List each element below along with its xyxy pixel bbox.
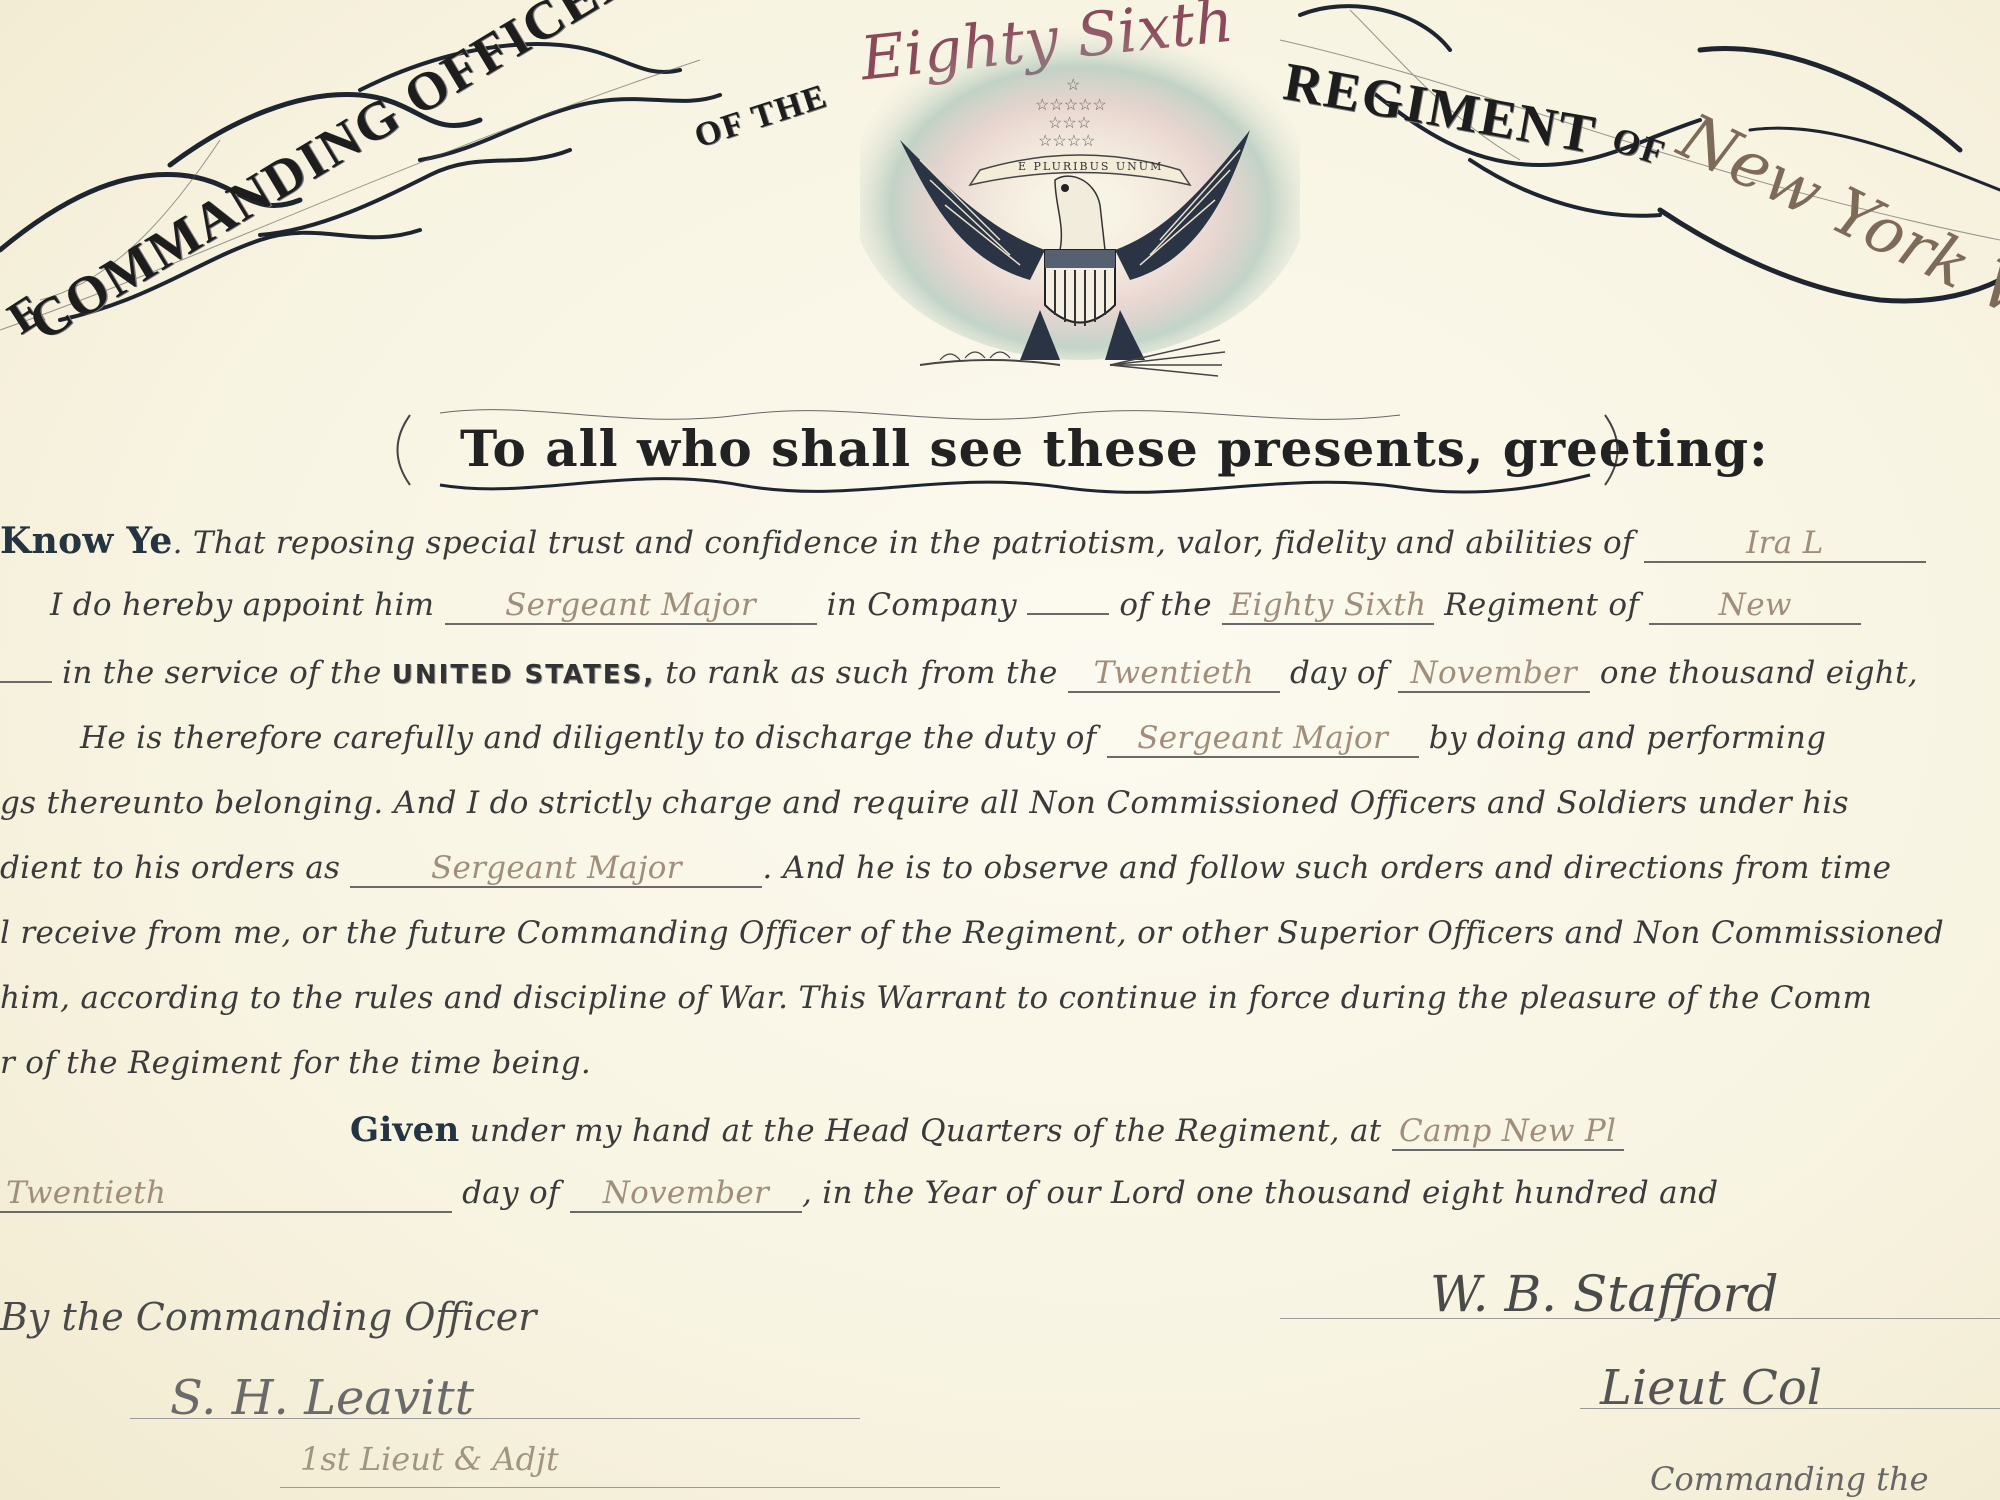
fill-rank-day: Twentieth [1068, 655, 1280, 693]
line2-text-c: of the [1119, 587, 1212, 623]
svg-text:☆☆☆☆☆: ☆☆☆☆☆ [1035, 95, 1107, 114]
adjutant-title-line [280, 1487, 1000, 1488]
body-line-7: l receive from me, or the future Command… [0, 915, 1944, 951]
fill-given-month: November [570, 1175, 802, 1213]
body-line-9: r of the Regiment for the time being. [0, 1045, 591, 1081]
fill-company [1027, 613, 1109, 615]
svg-text:☆: ☆ [1066, 75, 1080, 94]
body-line-4: He is therefore carefully and diligently… [80, 720, 1826, 758]
given-heading: Given [350, 1110, 460, 1150]
given-text-b: day of [462, 1175, 560, 1211]
line3-text-c: day of [1290, 655, 1388, 691]
fill-rank: Sergeant Major [445, 587, 817, 625]
given-date-line: Twentieth day of November, in the Year o… [0, 1175, 1718, 1213]
colonel-signature-line [1280, 1318, 2000, 1319]
given-text-a: under my hand at the Head Quarters of th… [470, 1113, 1382, 1149]
fill-duty-rank: Sergeant Major [1107, 720, 1419, 758]
svg-text:☆☆☆☆: ☆☆☆☆ [1038, 131, 1095, 150]
commanding-the-line: Commanding the [1650, 1460, 1929, 1498]
fill-orders-rank: Sergeant Major [350, 850, 762, 888]
line4-text-a: He is therefore carefully and diligently… [80, 720, 1096, 756]
colonel-title-line [1580, 1408, 2000, 1409]
fill-state: New [1649, 587, 1861, 625]
line2-text-d: Regiment of [1444, 587, 1639, 623]
line3-text-b: to rank as such from the [665, 655, 1057, 691]
body-line-3: in the service of the UNITED STATES, to … [0, 655, 1918, 693]
by-the-commanding-officer: By the Commanding Officer [0, 1295, 536, 1339]
line4-text-b: by doing and performing [1429, 720, 1826, 756]
body-line-5: gs thereunto belonging. And I do strictl… [0, 785, 1849, 821]
fill-regiment-number: Eighty Sixth [1222, 587, 1434, 625]
motto-scroll: E PLURIBUS UNUM [1018, 160, 1163, 173]
line2-text-a: I do hereby appoint him [50, 587, 434, 623]
svg-text:☆☆☆: ☆☆☆ [1048, 113, 1091, 132]
body-line-8: him, according to the rules and discipli… [0, 980, 1872, 1016]
line6-text-a: dient to his orders as [0, 850, 340, 886]
line1-text: . That reposing special trust and confid… [173, 525, 1634, 561]
adjutant-title: 1st Lieut & Adjt [300, 1440, 559, 1478]
united-states-label: UNITED STATES, [392, 660, 655, 690]
fill-given-day: Twentieth [0, 1175, 452, 1213]
body-line-1: Know Ye. That reposing special trust and… [0, 520, 1926, 563]
fill-place: Camp New Pl [1392, 1113, 1624, 1151]
fill-line3-lead [0, 681, 52, 683]
line3-text-a: in the service of the [62, 655, 381, 691]
given-text-c: , in the Year of our Lord one thousand e… [802, 1175, 1718, 1211]
greeting-banner: To all who shall see these presents, gre… [380, 405, 1640, 495]
given-line: Given under my hand at the Head Quarters… [350, 1110, 1624, 1151]
fill-appointee-name: Ira L [1644, 525, 1926, 563]
greeting-text: To all who shall see these presents, gre… [460, 419, 1769, 478]
know-ye-heading: Know Ye [0, 520, 173, 562]
regimental-warrant-document: E COMMANDING OFFICER OF THE Eighty Sixth… [0, 0, 2000, 1500]
adjutant-signature-line [130, 1418, 860, 1419]
eagle-emblem: ☆ ☆☆☆☆☆ ☆☆☆ ☆☆☆☆ E PLURIBUS UNUM [860, 20, 1300, 400]
line2-text-b: in Company [827, 587, 1017, 623]
fill-rank-month: November [1398, 655, 1590, 693]
body-line-2: I do hereby appoint him Sergeant Major i… [50, 587, 1861, 625]
body-line-6: dient to his orders as Sergeant Major. A… [0, 850, 1891, 888]
line3-text-d: one thousand eight, [1600, 655, 1918, 691]
line6-text-b: . And he is to observe and follow such o… [762, 850, 1891, 886]
colonel-signature: W. B. Stafford [1430, 1265, 1779, 1323]
